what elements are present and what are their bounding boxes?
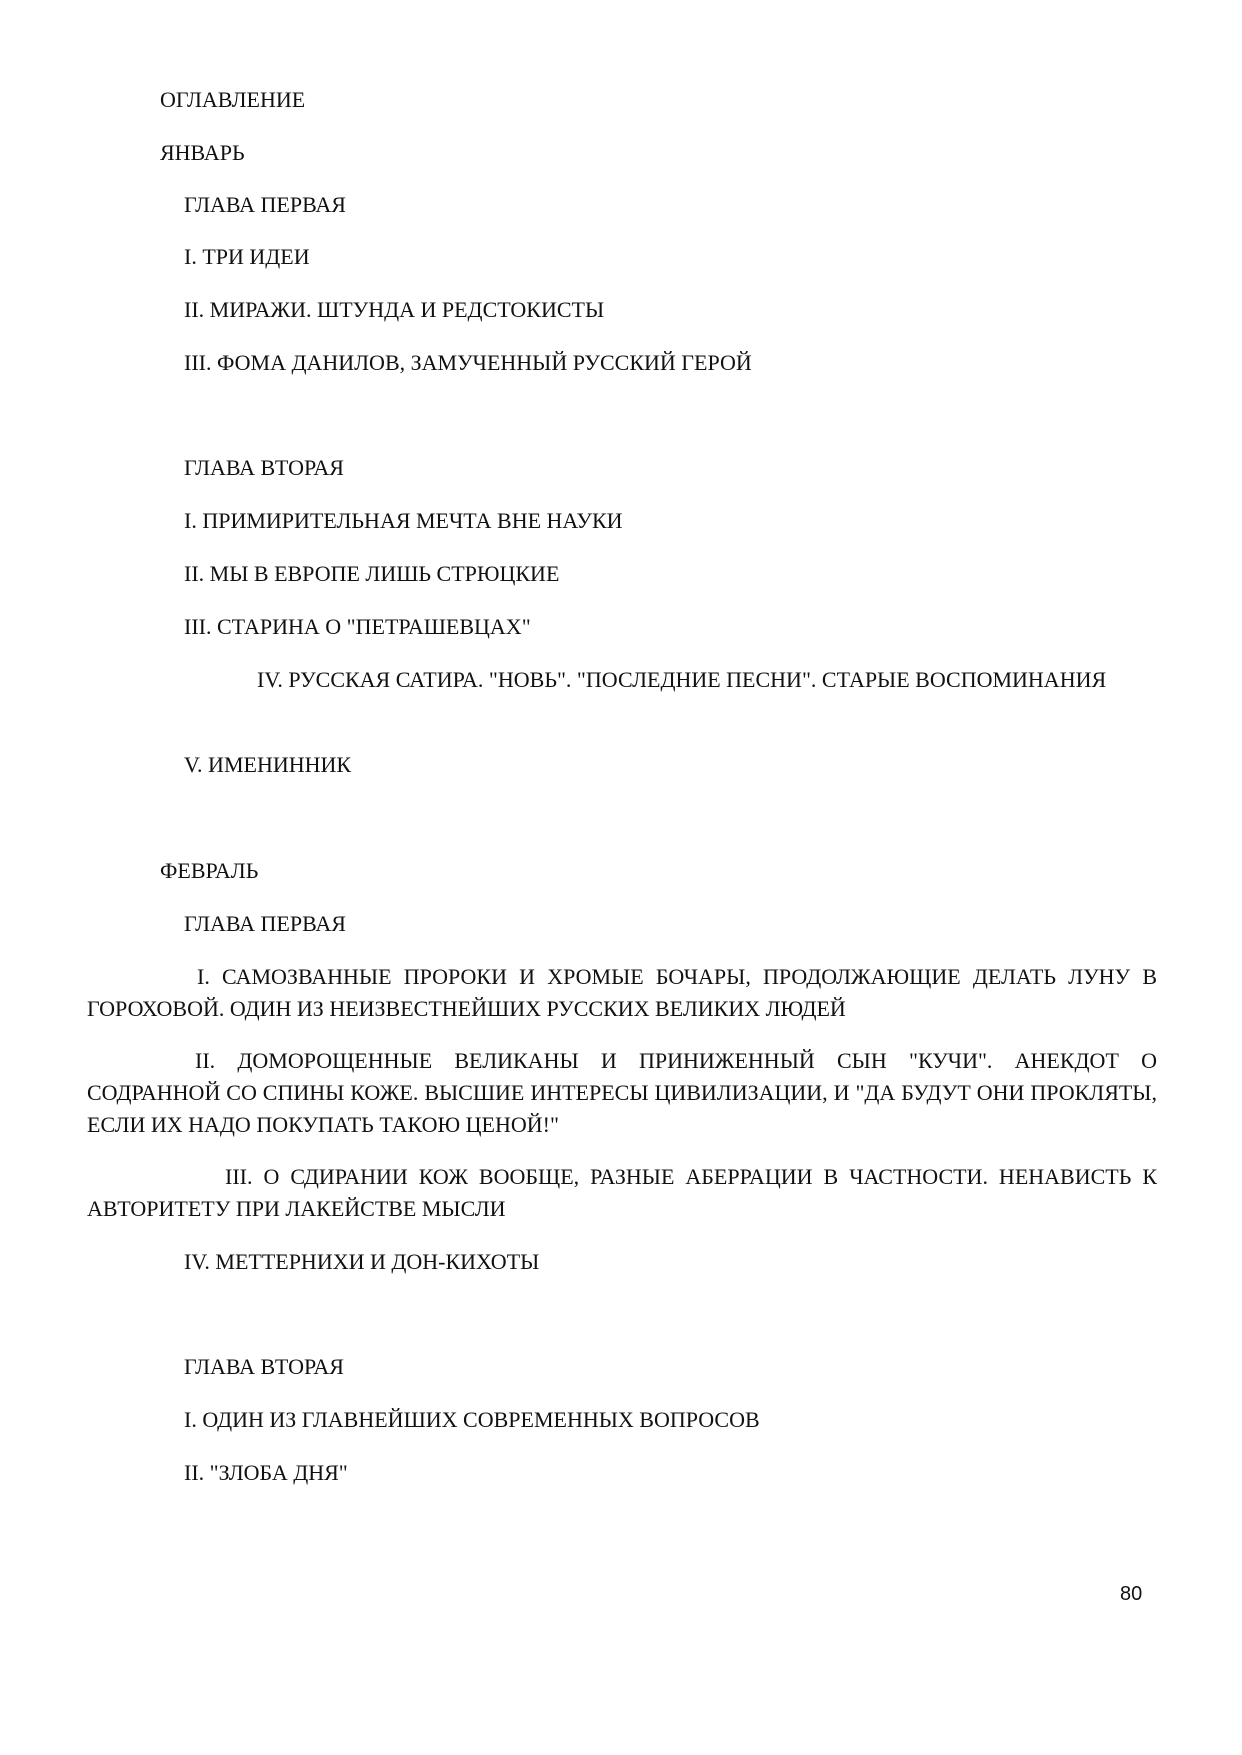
toc-entry[interactable]: I. ОДИН ИЗ ГЛАВНЕЙШИХ СОВРЕМЕННЫХ ВОПРОС… [184, 1404, 760, 1436]
month-heading-february: ФЕВРАЛЬ [160, 855, 258, 887]
toc-entry[interactable]: IV. РУССКАЯ САТИРА. "НОВЬ". "ПОСЛЕДНИЕ П… [87, 664, 1157, 696]
chapter-heading: ГЛАВА ВТОРАЯ [184, 452, 344, 484]
toc-entry[interactable]: IV. МЕТТЕРНИХИ И ДОН-КИХОТЫ [184, 1246, 539, 1278]
toc-entry[interactable]: II. ДОМОРОЩЕННЫЕ ВЕЛИКАНЫ И ПРИНИЖЕННЫЙ … [87, 1045, 1157, 1141]
toc-entry[interactable]: I. ТРИ ИДЕИ [184, 241, 310, 273]
toc-entry[interactable]: V. ИМЕНИННИК [184, 749, 351, 781]
toc-entry[interactable]: I. ПРИМИРИТЕЛЬНАЯ МЕЧТА ВНЕ НАУКИ [184, 505, 623, 537]
toc-entry[interactable]: II. "ЗЛОБА ДНЯ" [184, 1457, 348, 1489]
toc-entry[interactable]: III. О СДИРАНИИ КОЖ ВООБЩЕ, РАЗНЫЕ АБЕРР… [87, 1161, 1157, 1225]
chapter-heading: ГЛАВА ВТОРАЯ [184, 1351, 344, 1383]
chapter-heading: ГЛАВА ПЕРВАЯ [184, 189, 346, 221]
toc-entry[interactable]: II. МЫ В ЕВРОПЕ ЛИШЬ СТРЮЦКИЕ [184, 558, 559, 590]
toc-entry[interactable]: III. СТАРИНА О "ПЕТРАШЕВЦАХ" [184, 611, 531, 643]
month-heading-january: ЯНВАРЬ [160, 137, 245, 169]
chapter-heading: ГЛАВА ПЕРВАЯ [184, 908, 346, 940]
toc-title: ОГЛАВЛЕНИЕ [160, 84, 305, 116]
page-number: 80 [1120, 1578, 1142, 1610]
toc-entry[interactable]: III. ФОМА ДАНИЛОВ, ЗАМУЧЕННЫЙ РУССКИЙ ГЕ… [184, 347, 752, 379]
toc-entry[interactable]: II. МИРАЖИ. ШТУНДА И РЕДСТОКИСТЫ [184, 294, 604, 326]
toc-entry[interactable]: I. САМОЗВАННЫЕ ПРОРОКИ И ХРОМЫЕ БОЧАРЫ, … [87, 961, 1157, 1025]
document-page: ОГЛАВЛЕНИЕ ЯНВАРЬ ГЛАВА ПЕРВАЯ I. ТРИ ИД… [0, 0, 1242, 1755]
